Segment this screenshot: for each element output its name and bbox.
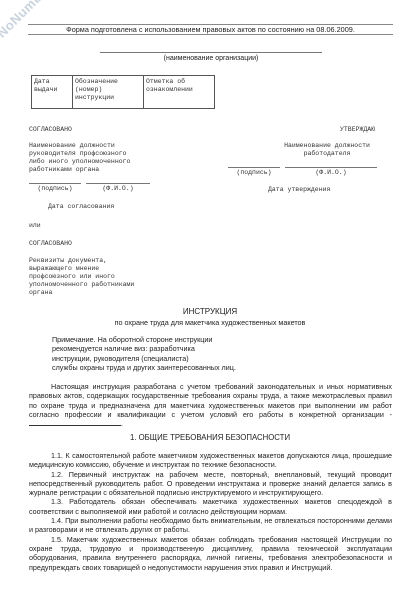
header-bottom-rule xyxy=(28,34,393,35)
clause-1-5: 1.5. Макетчик художественных макетов обя… xyxy=(29,535,392,572)
right-signature-line xyxy=(228,167,280,168)
issue-table: Дата выдачи Обозначение (номер) инструкц… xyxy=(31,75,215,109)
note-line: Примечание. На оборотной стороне инструк… xyxy=(52,335,236,344)
left-fio-caption: (Ф.И.О.) xyxy=(86,185,150,192)
clause-1-3: 1.3. Работодатель обязан обеспечивать ма… xyxy=(29,497,392,516)
union-document-requisites: Реквизиты документа, выражающего мнение … xyxy=(29,257,134,297)
section-1-body: 1.1. К самостоятельной работе макетчиком… xyxy=(29,451,392,572)
clause-1-1: 1.1. К самостоятельной работе макетчиком… xyxy=(29,451,392,470)
left-signature-caption: (подпись) xyxy=(29,185,81,192)
approval-date-label: Дата утверждения xyxy=(268,186,330,194)
organization-blank[interactable] xyxy=(29,419,121,426)
agreed-label: СОГЛАСОВАНО xyxy=(29,126,72,134)
clause-1-4: 1.4. При выполнении работы необходимо бы… xyxy=(29,516,392,535)
intro-paragraph: Настоящая инструкция разработана с учето… xyxy=(29,382,392,428)
section-1-title: 1. ОБЩИЕ ТРЕБОВАНИЯ БЕЗОПАСНОСТИ xyxy=(0,433,420,442)
instruction-number-cell: Обозначение (номер) инструкции xyxy=(73,76,144,109)
approve-label: УТВЕРЖДАЮ xyxy=(340,126,375,134)
acknowledgement-cell: Отметка об ознакомлении xyxy=(144,76,215,109)
organization-caption: (наименование организации) xyxy=(100,55,322,62)
or-label: или xyxy=(29,222,41,230)
issue-date-header: Дата выдачи xyxy=(34,78,57,93)
instruction-number-header: Обозначение (номер) инструкции xyxy=(75,78,118,101)
left-fio-line xyxy=(86,183,150,184)
agreed-label-2: СОГЛАСОВАНО xyxy=(29,240,72,248)
right-signature-caption: (подпись) xyxy=(228,169,280,176)
document-subtitle: по охране труда для макетчика художестве… xyxy=(0,318,420,327)
document-title: ИНСТРУКЦИЯ xyxy=(0,307,420,316)
employer-position: Наименование должности работодателя xyxy=(272,142,382,158)
organization-line xyxy=(100,52,322,53)
note-line: рекомендуется наличие виз: разработчика xyxy=(52,344,236,353)
union-position: Наименование должности руководителя проф… xyxy=(29,142,130,174)
left-signature-line xyxy=(29,183,81,184)
approval-note: Примечание. На оборотной стороне инструк… xyxy=(52,335,236,372)
issue-date-cell: Дата выдачи xyxy=(32,76,73,109)
agreement-date-label: Дата согласования xyxy=(48,203,114,211)
right-fio-caption: (Ф.И.О.) xyxy=(285,169,377,176)
note-line: службы охраны труда и других заинтересов… xyxy=(52,363,236,372)
intro-text: Настоящая инструкция разработана с учето… xyxy=(29,382,392,419)
form-note: Форма подготовлена с использованием прав… xyxy=(28,25,393,34)
clause-1-2: 1.2. Первичный инструктаж на рабочем мес… xyxy=(29,470,392,498)
note-line: инструкции, руководителя (специалиста) xyxy=(52,354,236,363)
right-fio-line xyxy=(285,167,377,168)
acknowledgement-header: Отметка об ознакомлении xyxy=(146,78,193,93)
